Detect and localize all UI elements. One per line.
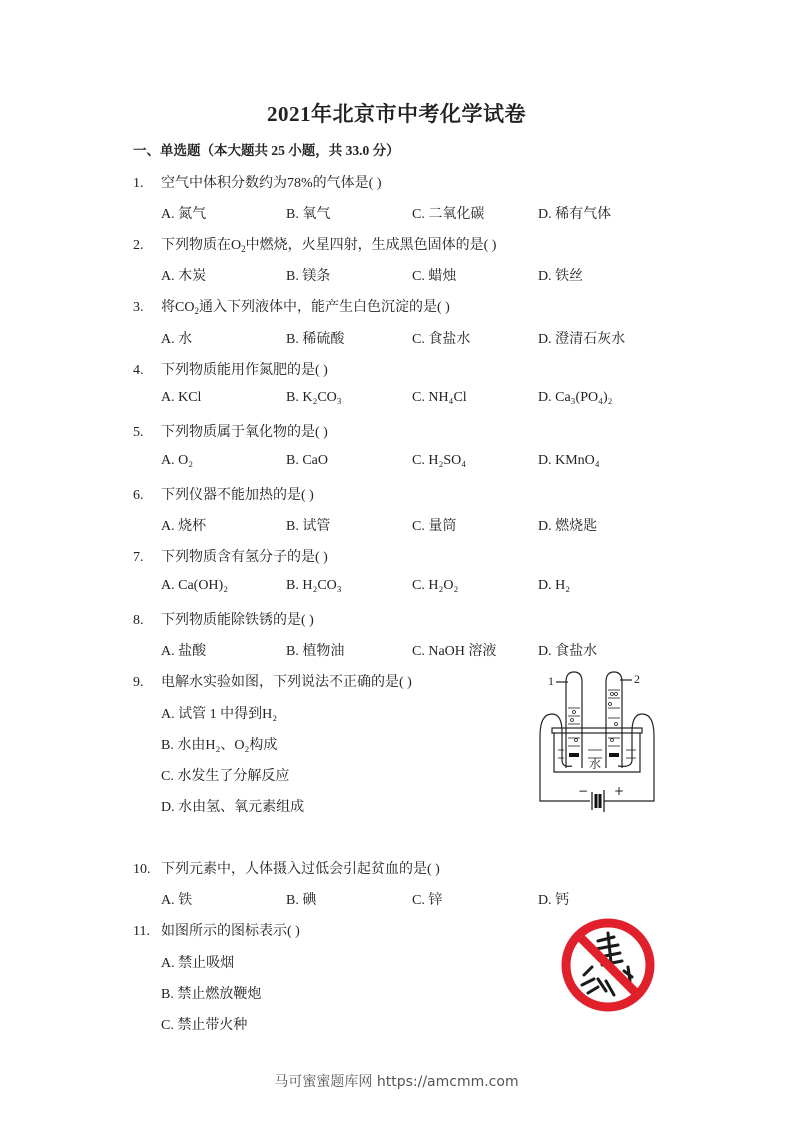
- question-number: 5.: [133, 425, 161, 441]
- question-4: 4.下列物质能用作氮肥的是( ): [133, 359, 328, 379]
- option-c: C. NH₄Cl: [412, 390, 467, 406]
- option-d: D. 钙: [538, 889, 569, 909]
- question-number: 10.: [133, 862, 161, 878]
- option-b: B. 氧气: [286, 203, 330, 223]
- option-d: D. H₂: [538, 578, 570, 594]
- option-b: B. K₂CO₃: [286, 390, 342, 406]
- option-d: D. 水由氢、氧元素组成: [161, 796, 304, 816]
- option-c: C. 蜡烛: [412, 265, 456, 285]
- option-a: A. 水: [161, 328, 192, 348]
- option-c: C. H₂O₂: [412, 578, 458, 594]
- question-10: 10.下列元素中，人体摄入过低会引起贫血的是( ): [133, 858, 440, 878]
- watermark-footer: 马可蜜蜜题库网 https://amcmm.com: [0, 1071, 793, 1091]
- no-firecrackers-sign-icon: [558, 915, 658, 1015]
- option-b: B. 试管: [286, 515, 330, 535]
- question-2: 2.下列物质在O2中燃烧，火星四射，生成黑色固体的是( ): [133, 234, 496, 254]
- option-c: C. 量筒: [412, 515, 456, 535]
- question-3: 3.将CO2通入下列液体中，能产生白色沉淀的是( ): [133, 296, 450, 316]
- question-stem: 下列元素中，人体摄入过低会引起贫血的是( ): [161, 862, 440, 877]
- question-stem: 下列物质能除铁锈的是( ): [161, 613, 314, 628]
- option-c: C. 禁止带火种: [161, 1014, 247, 1034]
- option-a: A. 铁: [161, 889, 192, 909]
- question-number: 7.: [133, 550, 161, 566]
- option-d: D. 澄清石灰水: [538, 328, 625, 348]
- option-d: D. 铁丝: [538, 265, 583, 285]
- svg-text:−: −: [578, 784, 588, 798]
- option-b: B. H₂CO₃: [286, 578, 342, 594]
- question-number: 3.: [133, 300, 161, 316]
- option-a: A. 木炭: [161, 265, 206, 285]
- question-stem: 下列仪器不能加热的是( ): [161, 488, 314, 503]
- question-8: 8.下列物质能除铁锈的是( ): [133, 609, 314, 629]
- section-heading: 一、单选题（本大题共 25 小题，共 33.0 分）: [133, 139, 400, 159]
- question-5: 5.下列物质属于氧化物的是( ): [133, 421, 328, 441]
- question-stem: 下列物质含有氢分子的是( ): [161, 550, 328, 565]
- svg-text:水: 水: [589, 756, 601, 771]
- option-c: C. 锌: [412, 889, 442, 909]
- option-c: C. NaOH 溶液: [412, 640, 496, 660]
- question-stem: 将CO2通入下列液体中，能产生白色沉淀的是( ): [161, 300, 450, 315]
- question-number: 6.: [133, 488, 161, 504]
- question-11: 11.如图所示的图标表示( ): [133, 920, 300, 940]
- svg-text:1: 1: [548, 674, 554, 688]
- question-stem: 如图所示的图标表示( ): [161, 924, 300, 939]
- option-a: A. 试管 1 中得到H₂: [161, 703, 277, 723]
- option-d: D. KMnO₄: [538, 453, 600, 469]
- option-a: A. 禁止吸烟: [161, 952, 234, 972]
- question-9: 9.电解水实验如图，下列说法不正确的是( ): [133, 671, 412, 691]
- question-6: 6.下列仪器不能加热的是( ): [133, 484, 314, 504]
- question-number: 8.: [133, 613, 161, 629]
- option-a: A. Ca(OH)₂: [161, 578, 228, 594]
- question-stem: 下列物质在O2中燃烧，火星四射，生成黑色固体的是( ): [161, 238, 496, 253]
- option-c: C. 二氧化碳: [412, 203, 484, 223]
- option-b: B. 禁止燃放鞭炮: [161, 983, 261, 1003]
- option-a: A. KCl: [161, 390, 201, 406]
- question-1: 1.空气中体积分数约为78%的气体是( ): [133, 172, 382, 192]
- option-a: A. O₂: [161, 453, 193, 469]
- question-stem: 下列物质属于氧化物的是( ): [161, 425, 328, 440]
- option-a: A. 烧杯: [161, 515, 206, 535]
- svg-text:+: +: [614, 784, 624, 798]
- question-number: 9.: [133, 675, 161, 691]
- question-stem: 空气中体积分数约为78%的气体是( ): [161, 176, 382, 191]
- page-title: 2021年北京市中考化学试卷: [0, 98, 793, 128]
- option-a: A. 氮气: [161, 203, 206, 223]
- option-c: C. 食盐水: [412, 328, 470, 348]
- option-b: B. 水由H₂、O₂构成: [161, 734, 277, 754]
- question-stem: 电解水实验如图，下列说法不正确的是( ): [161, 675, 412, 690]
- option-d: D. 稀有气体: [538, 203, 611, 223]
- svg-text:2: 2: [634, 672, 640, 686]
- question-stem: 下列物质能用作氮肥的是( ): [161, 363, 328, 378]
- option-d: D. Ca₃(PO₄)₂: [538, 390, 613, 406]
- question-number: 1.: [133, 176, 161, 192]
- option-c: C. 水发生了分解反应: [161, 765, 289, 785]
- option-b: B. 镁条: [286, 265, 330, 285]
- option-c: C. H₂SO₄: [412, 453, 466, 469]
- option-b: B. 碘: [286, 889, 316, 909]
- question-7: 7.下列物质含有氢分子的是( ): [133, 546, 328, 566]
- electrolysis-apparatus-figure: 1 2 水 − +: [532, 668, 662, 820]
- option-d: D. 燃烧匙: [538, 515, 597, 535]
- option-b: B. 稀硫酸: [286, 328, 344, 348]
- question-number: 2.: [133, 238, 161, 254]
- question-number: 11.: [133, 924, 161, 940]
- option-b: B. 植物油: [286, 640, 344, 660]
- option-d: D. 食盐水: [538, 640, 597, 660]
- option-a: A. 盐酸: [161, 640, 206, 660]
- question-number: 4.: [133, 363, 161, 379]
- option-b: B. CaO: [286, 453, 328, 469]
